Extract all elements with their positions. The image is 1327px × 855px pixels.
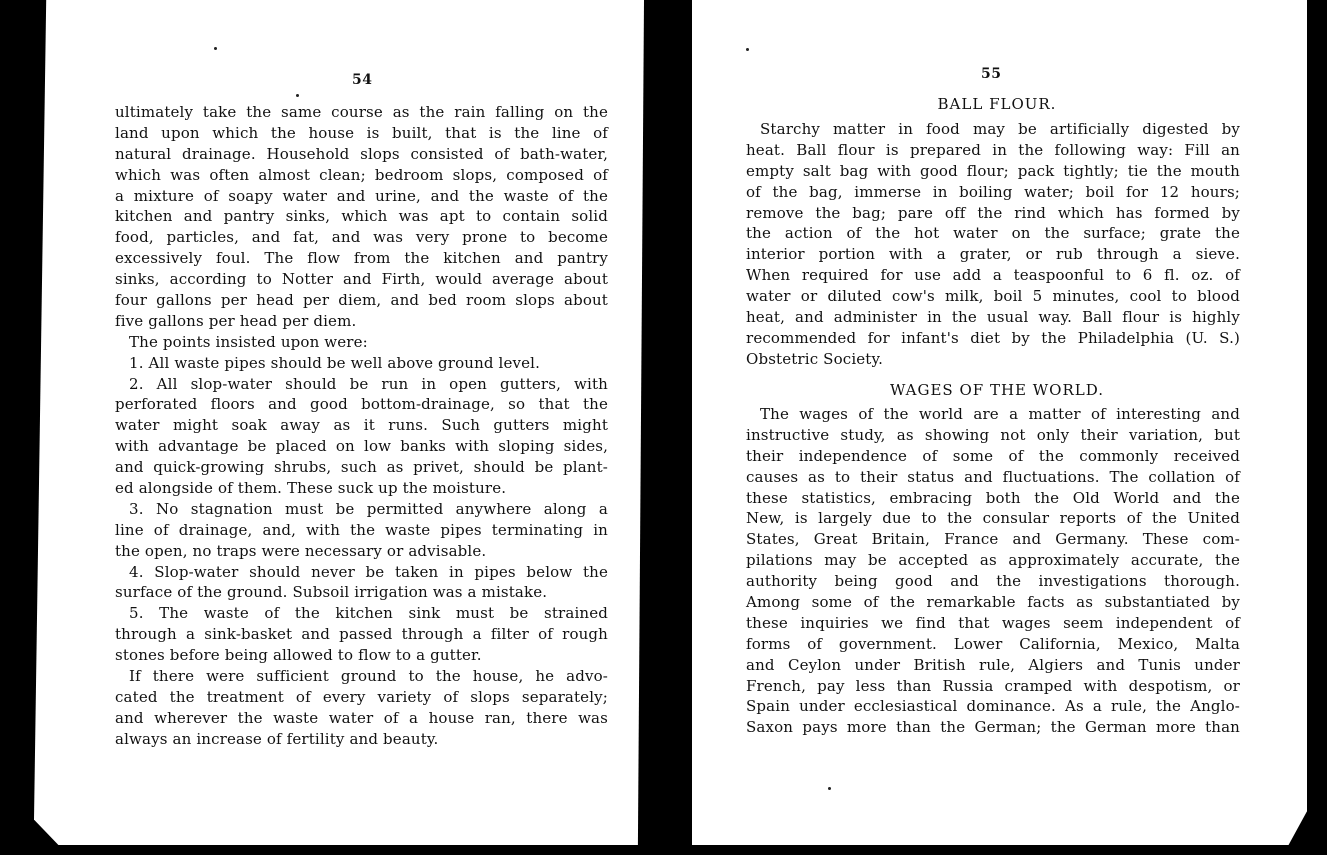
text-line: perforated floors and good bottom-draina… bbox=[115, 394, 608, 415]
text-line: heat. Ball flour is prepared in the foll… bbox=[746, 140, 1240, 161]
section-heading-ball-flour: BALL FLOUR. bbox=[692, 95, 1302, 113]
text-line: water or diluted cow's milk, boil 5 minu… bbox=[746, 286, 1240, 307]
text-line: and wherever the waste water of a house … bbox=[115, 708, 608, 729]
text-line: always an increase of fertility and beau… bbox=[115, 729, 608, 750]
section-heading-wages: WAGES OF THE WORLD. bbox=[692, 381, 1302, 399]
text-line: food, particles, and fat, and was very p… bbox=[115, 227, 608, 248]
text-line: their independence of some of the common… bbox=[746, 446, 1240, 467]
text-line: of the bag, immerse in boiling water; bo… bbox=[746, 182, 1240, 203]
text-line: Obstetric Society. bbox=[746, 349, 1240, 370]
text-line: land upon which the house is built, that… bbox=[115, 123, 608, 144]
text-line: pilations may be accepted as approximate… bbox=[746, 550, 1240, 571]
text-line: If there were sufficient ground to the h… bbox=[115, 666, 608, 687]
text-line: recommended for infant's diet by the Phi… bbox=[746, 328, 1240, 349]
text-line: empty salt bag with good flour; pack tig… bbox=[746, 161, 1240, 182]
text-line: the action of the hot water on the surfa… bbox=[746, 223, 1240, 244]
ball-flour-text: Starchy matter in food may be artificial… bbox=[746, 119, 1240, 370]
text-line: The points insisted upon were: bbox=[115, 332, 608, 353]
text-line: surface of the ground. Subsoil irrigatio… bbox=[115, 582, 608, 603]
text-line: with advantage be placed on low banks wi… bbox=[115, 436, 608, 457]
list-item: 3. No stagnation must be permitted anywh… bbox=[115, 499, 608, 520]
text-line: four gallons per head per diem, and bed … bbox=[115, 290, 608, 311]
text-line: excessively foul. The flow from the kitc… bbox=[115, 248, 608, 269]
text-line: kitchen and pantry sinks, which was apt … bbox=[115, 206, 608, 227]
text-line: authority being good and the investigati… bbox=[746, 571, 1240, 592]
text-line: remove the bag; pare off the rind which … bbox=[746, 203, 1240, 224]
text-line: ultimately take the same course as the r… bbox=[115, 102, 608, 123]
wages-text: The wages of the world are a matter of i… bbox=[746, 404, 1240, 738]
text-line: Among some of the remarkable facts as su… bbox=[746, 592, 1240, 613]
right-page: 55 BALL FLOUR. Starchy matter in food ma… bbox=[692, 0, 1307, 845]
text-line: which was often almost clean; bedroom sl… bbox=[115, 165, 608, 186]
text-line: instructive study, as showing not only t… bbox=[746, 425, 1240, 446]
text-line: a mixture of soapy water and urine, and … bbox=[115, 186, 608, 207]
list-item: 2. All slop-water should be run in open … bbox=[115, 374, 608, 395]
text-line: When required for use add a teaspoonful … bbox=[746, 265, 1240, 286]
list-item: 1. All waste pipes should be well above … bbox=[115, 353, 608, 374]
text-line: through a sink-basket and passed through… bbox=[115, 624, 608, 645]
page-number: 54 bbox=[352, 72, 372, 88]
text-line: water might soak away as it runs. Such g… bbox=[115, 415, 608, 436]
text-line: States, Great Britain, France and German… bbox=[746, 529, 1240, 550]
text-line: cated the treatment of every variety of … bbox=[115, 687, 608, 708]
text-line: stones before being allowed to flow to a… bbox=[115, 645, 608, 666]
text-line: Saxon pays more than the German; the Ger… bbox=[746, 717, 1240, 738]
print-speck bbox=[296, 94, 299, 97]
text-line: and quick-growing shrubs, such as privet… bbox=[115, 457, 608, 478]
text-line: sinks, according to Notter and Firth, wo… bbox=[115, 269, 608, 290]
text-line: causes as to their status and fluctuatio… bbox=[746, 467, 1240, 488]
left-page: 54 ultimately take the same course as th… bbox=[34, 0, 644, 845]
page-number: 55 bbox=[981, 66, 1001, 82]
text-line: natural drainage. Household slops consis… bbox=[115, 144, 608, 165]
book-spread: 54 ultimately take the same course as th… bbox=[0, 0, 1327, 855]
text-line: French, pay less than Russia cramped wit… bbox=[746, 676, 1240, 697]
text-line: these inquiries we find that wages seem … bbox=[746, 613, 1240, 634]
print-speck bbox=[828, 787, 831, 790]
text-line: five gallons per head per diem. bbox=[115, 311, 608, 332]
text-line: New, is largely due to the consular repo… bbox=[746, 508, 1240, 529]
text-line: heat, and administer in the usual way. B… bbox=[746, 307, 1240, 328]
text-line: Starchy matter in food may be artificial… bbox=[746, 119, 1240, 140]
text-line: Spain under ecclesiastical dominance. As… bbox=[746, 696, 1240, 717]
print-speck bbox=[746, 48, 749, 51]
list-item: 5. The waste of the kitchen sink must be… bbox=[115, 603, 608, 624]
text-line: line of drainage, and, with the waste pi… bbox=[115, 520, 608, 541]
list-item: 4. Slop-water should never be taken in p… bbox=[115, 562, 608, 583]
text-line: ed alongside of them. These suck up the … bbox=[115, 478, 608, 499]
print-speck bbox=[214, 47, 217, 50]
text-line: the open, no traps were necessary or adv… bbox=[115, 541, 608, 562]
text-line: and Ceylon under British rule, Algiers a… bbox=[746, 655, 1240, 676]
text-line: The wages of the world are a matter of i… bbox=[746, 404, 1240, 425]
text-line: interior portion with a grater, or rub t… bbox=[746, 244, 1240, 265]
text-line: these statistics, embracing both the Old… bbox=[746, 488, 1240, 509]
body-text: ultimately take the same course as the r… bbox=[115, 102, 608, 750]
text-line: forms of government. Lower California, M… bbox=[746, 634, 1240, 655]
